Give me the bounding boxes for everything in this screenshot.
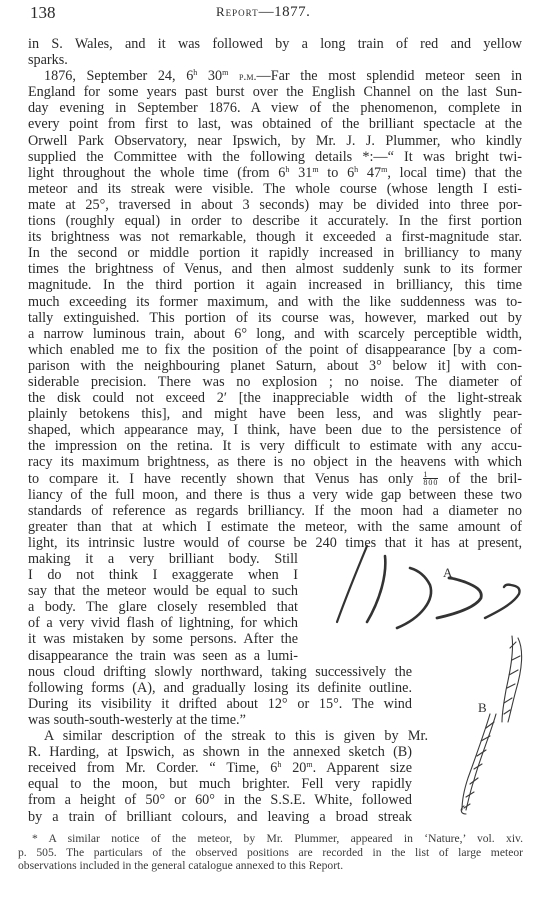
text-fragment: 1876, September 24, 6 bbox=[44, 68, 193, 84]
text-line: every point from first to last, was obta… bbox=[28, 116, 522, 132]
text-fragment: to compare it. I have recently shown tha… bbox=[28, 471, 413, 487]
text-line: R. Harding, at Ipswich, as shown in the … bbox=[28, 744, 412, 760]
text-fragment bbox=[228, 68, 239, 84]
text-line: received from Mr. Corder. “ Time, 6h 20m… bbox=[28, 760, 412, 776]
text-line: making it a very brilliant body. Still bbox=[28, 551, 298, 567]
train-forms-sketch-icon bbox=[325, 540, 550, 635]
fraction: 1800 bbox=[423, 471, 438, 486]
text-line: in S. Wales, and it was followed by a lo… bbox=[28, 36, 522, 52]
text-line: say that the meteor would be equal to su… bbox=[28, 583, 298, 599]
text-line: a narrow luminous train, about 6° long, … bbox=[28, 326, 522, 342]
text-fragment: to 6 bbox=[319, 165, 355, 181]
text-line: tally extinguished. This portion of its … bbox=[28, 310, 522, 326]
text-line: liancy of the full moon, and there is th… bbox=[28, 487, 522, 503]
document-page: 138 Report—1877. in S. Wales, and it was… bbox=[0, 0, 550, 900]
text-line: In the second or middle portion it rapid… bbox=[28, 245, 522, 261]
footnote-line: observations included in the general cat… bbox=[18, 859, 523, 873]
text-line: light throughout the whole time (from 6h… bbox=[28, 165, 522, 181]
text-line: mate at 25°, traversed in about 3 second… bbox=[28, 197, 522, 213]
text-line: Orwell Park Observatory, near Ipswich, b… bbox=[28, 133, 522, 149]
text-line: a body. The glare closely resembled that bbox=[28, 599, 298, 615]
text-line: day evening in September 1876. A view of… bbox=[28, 100, 522, 116]
text-line: supplied the Committee with the followin… bbox=[28, 149, 522, 165]
text-line: plainly betokens this], and might have b… bbox=[28, 406, 522, 422]
text-line: meteor and its streak were visible. The … bbox=[28, 181, 522, 197]
text-line: tions (roughly equal) in order to descri… bbox=[28, 213, 522, 229]
streak-sketch-icon bbox=[440, 630, 550, 820]
text-fragment: light throughout the whole time (from 6 bbox=[28, 165, 285, 181]
text-line: times the brightness of Venus, and then … bbox=[28, 261, 522, 277]
text-line: I do not think I exaggerate when I bbox=[28, 567, 298, 583]
footnote-line: p. 505. The particulars of the observed … bbox=[18, 846, 523, 860]
text-line: to compare it. I have recently shown tha… bbox=[28, 471, 522, 487]
text-fragment: 31 bbox=[289, 165, 312, 181]
text-line: magnitude. In the third portion it again… bbox=[28, 277, 522, 293]
text-line: by a train of brilliant colours, and lea… bbox=[28, 809, 412, 825]
text-line: parison with the neighbouring planet Sat… bbox=[28, 358, 522, 374]
text-line: siderable precision. There was no explos… bbox=[28, 374, 522, 390]
text-line: of a very vivid flash of lightning, for … bbox=[28, 615, 298, 631]
text-line: the disk could not exceed 2′ [the inappr… bbox=[28, 390, 522, 406]
text-line: shaped, which appearance may, I think, h… bbox=[28, 422, 522, 438]
figure-a-train-forms: A bbox=[325, 540, 550, 635]
text-line: disappearance the train was seen as a lu… bbox=[28, 648, 298, 664]
text-line: 1876, September 24, 6h 30m p.m.—Far the … bbox=[28, 68, 522, 84]
text-line: its brightness was not remarkable, thoug… bbox=[28, 229, 522, 245]
running-head-title: Report bbox=[216, 4, 259, 19]
text-line: During its visibility it drifted about 1… bbox=[28, 696, 412, 712]
text-line: from a height of 50° or 60° in the S.S.E… bbox=[28, 792, 412, 808]
figure-b-streak-sketch: B bbox=[440, 630, 550, 820]
fraction-numerator: 1 bbox=[423, 471, 438, 478]
text-fragment: 30 bbox=[197, 68, 222, 84]
text-line: it was mistaken by some persons. After t… bbox=[28, 631, 298, 647]
text-line: England for some years past burst over t… bbox=[28, 84, 522, 100]
figure-b-label: B bbox=[478, 700, 487, 716]
text-fragment: . Apparent size bbox=[313, 760, 412, 776]
text-line: sparks. bbox=[28, 52, 522, 68]
text-line: the impression on the retina. It is very… bbox=[28, 438, 522, 454]
text-line: equal to the moon, but much brighter. Fe… bbox=[28, 776, 412, 792]
text-fragment: , local time) that the bbox=[387, 165, 522, 181]
text-line: greater than that at which I estimate th… bbox=[28, 519, 522, 535]
footnote: * A similar notice of the meteor, by Mr.… bbox=[18, 832, 523, 873]
text-fragment: received from Mr. Corder. “ Time, 6 bbox=[28, 760, 277, 776]
text-fragment: 20 bbox=[281, 760, 306, 776]
text-line: racy its maximum brightness, as there is… bbox=[28, 454, 522, 470]
page-header: 138 Report—1877. bbox=[30, 3, 520, 23]
running-head: Report—1877. bbox=[216, 4, 310, 21]
text-line: was south-south-westerly at the time.” bbox=[28, 712, 412, 728]
text-line: standards of reference as regards brilli… bbox=[28, 503, 522, 519]
text-line: much exceeding its former maximum, and w… bbox=[28, 294, 522, 310]
fraction-denominator: 800 bbox=[423, 478, 438, 486]
text-fragment: of the bril- bbox=[438, 471, 522, 487]
page-number: 138 bbox=[30, 3, 56, 23]
footnote-line: * A similar notice of the meteor, by Mr.… bbox=[18, 832, 523, 846]
text-fragment: 47 bbox=[358, 165, 381, 181]
text-line: following forms (A), and gradually losin… bbox=[28, 680, 412, 696]
text-line: A similar description of the streak to t… bbox=[28, 728, 428, 744]
running-head-year: —1877. bbox=[259, 4, 311, 20]
figure-a-label: A bbox=[443, 565, 452, 581]
text-line: which enabled me to fix the position of … bbox=[28, 342, 522, 358]
text-fragment: —Far the most splendid meteor seen in bbox=[257, 68, 522, 84]
text-line: nous cloud drifting slowly northward, ta… bbox=[28, 664, 412, 680]
time-pm: p.m. bbox=[239, 69, 257, 83]
